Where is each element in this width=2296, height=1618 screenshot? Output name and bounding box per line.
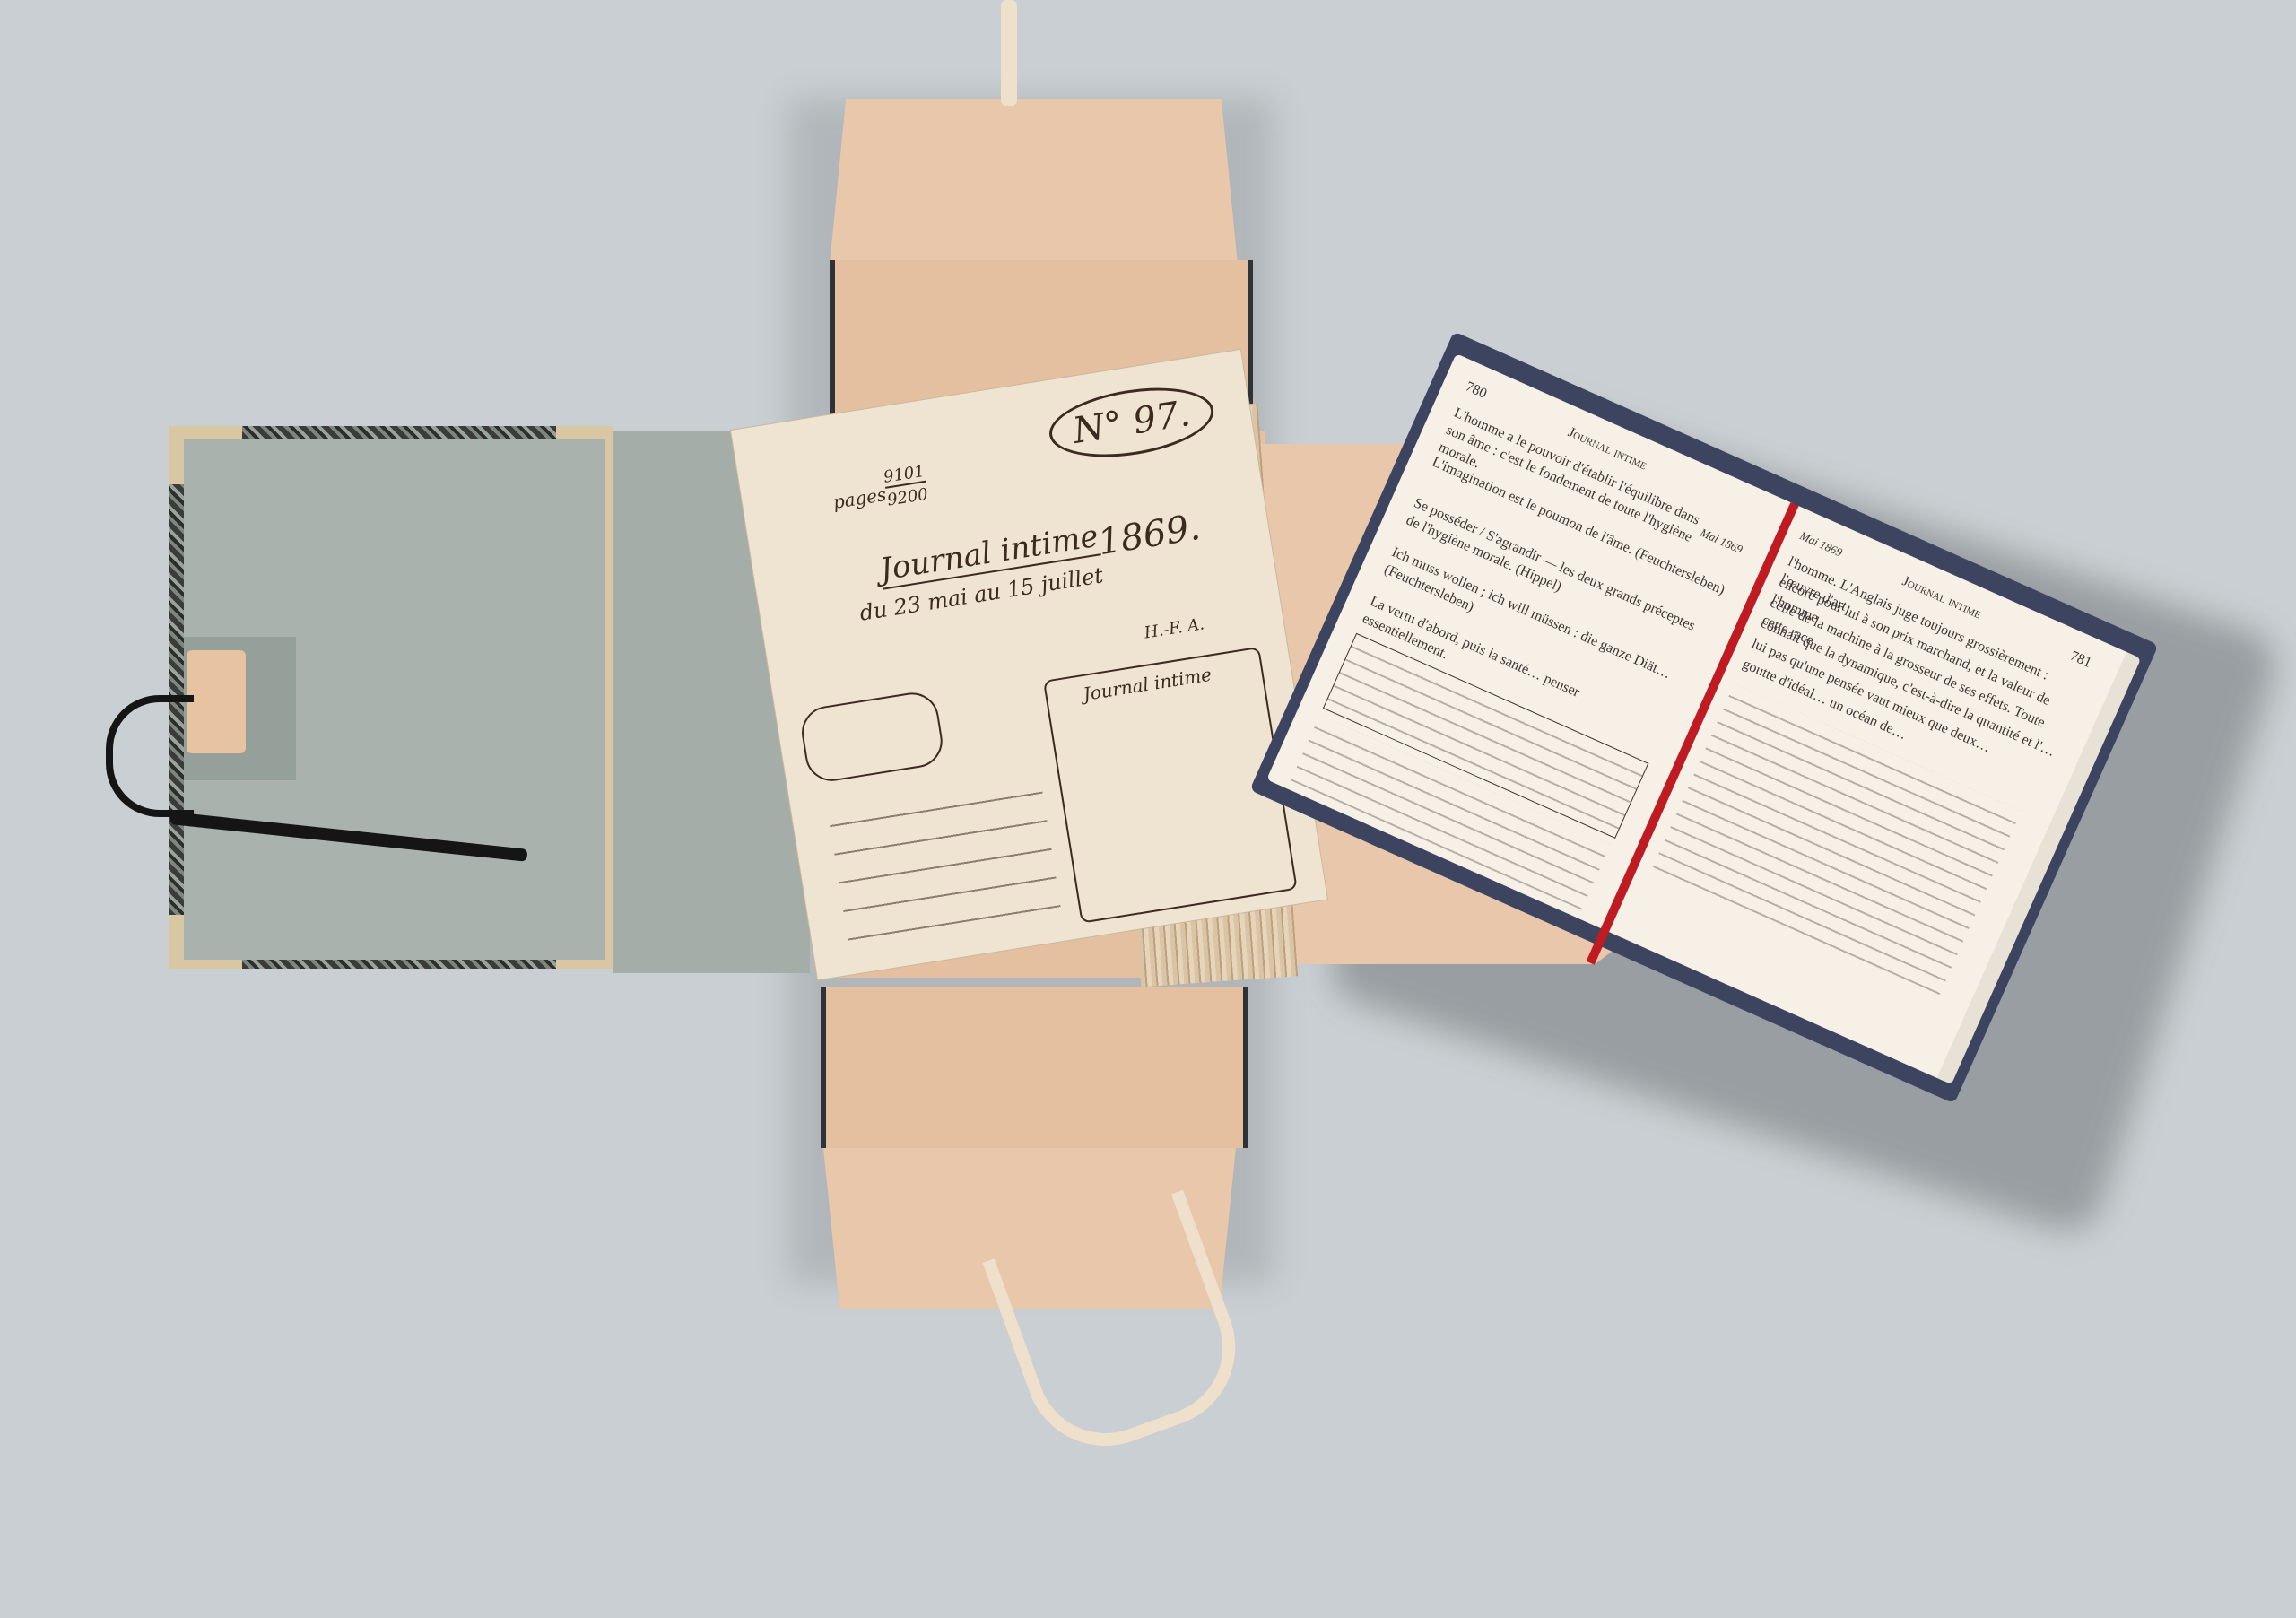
manuscript-right-box-heading: Journal intime [1045, 648, 1263, 718]
manuscript-pages-label: pages [831, 483, 888, 513]
manuscript-pages-bottom: 9200 [886, 485, 930, 510]
manuscript-number: N° 97. [1045, 378, 1219, 467]
left-page-number: 780 [1463, 378, 1490, 404]
manuscript-year: 1869. [1095, 507, 1203, 563]
left-margin-date: Mai 1869 [1697, 523, 1745, 559]
folder-top-flap [830, 99, 1238, 265]
right-margin-date: Mai 1869 [1796, 526, 1845, 562]
manuscript-top-page: N° 97. pages 9101 9200 Journal intime du… [731, 350, 1327, 979]
folder-marble-top-edge [242, 426, 556, 439]
folder-top-tie [1001, 0, 1017, 106]
folder-black-ribbon-loop [106, 695, 194, 817]
right-page-number: 781 [2067, 647, 2094, 673]
folder-bottom-panel [821, 987, 1248, 1148]
manuscript-handwriting-block [827, 772, 1062, 948]
folder-label [187, 650, 246, 753]
manuscript-pages-top: 9101 [883, 462, 926, 489]
manuscript-left-box [798, 689, 946, 785]
manuscript-signature: H.-F. A. [1143, 614, 1205, 642]
